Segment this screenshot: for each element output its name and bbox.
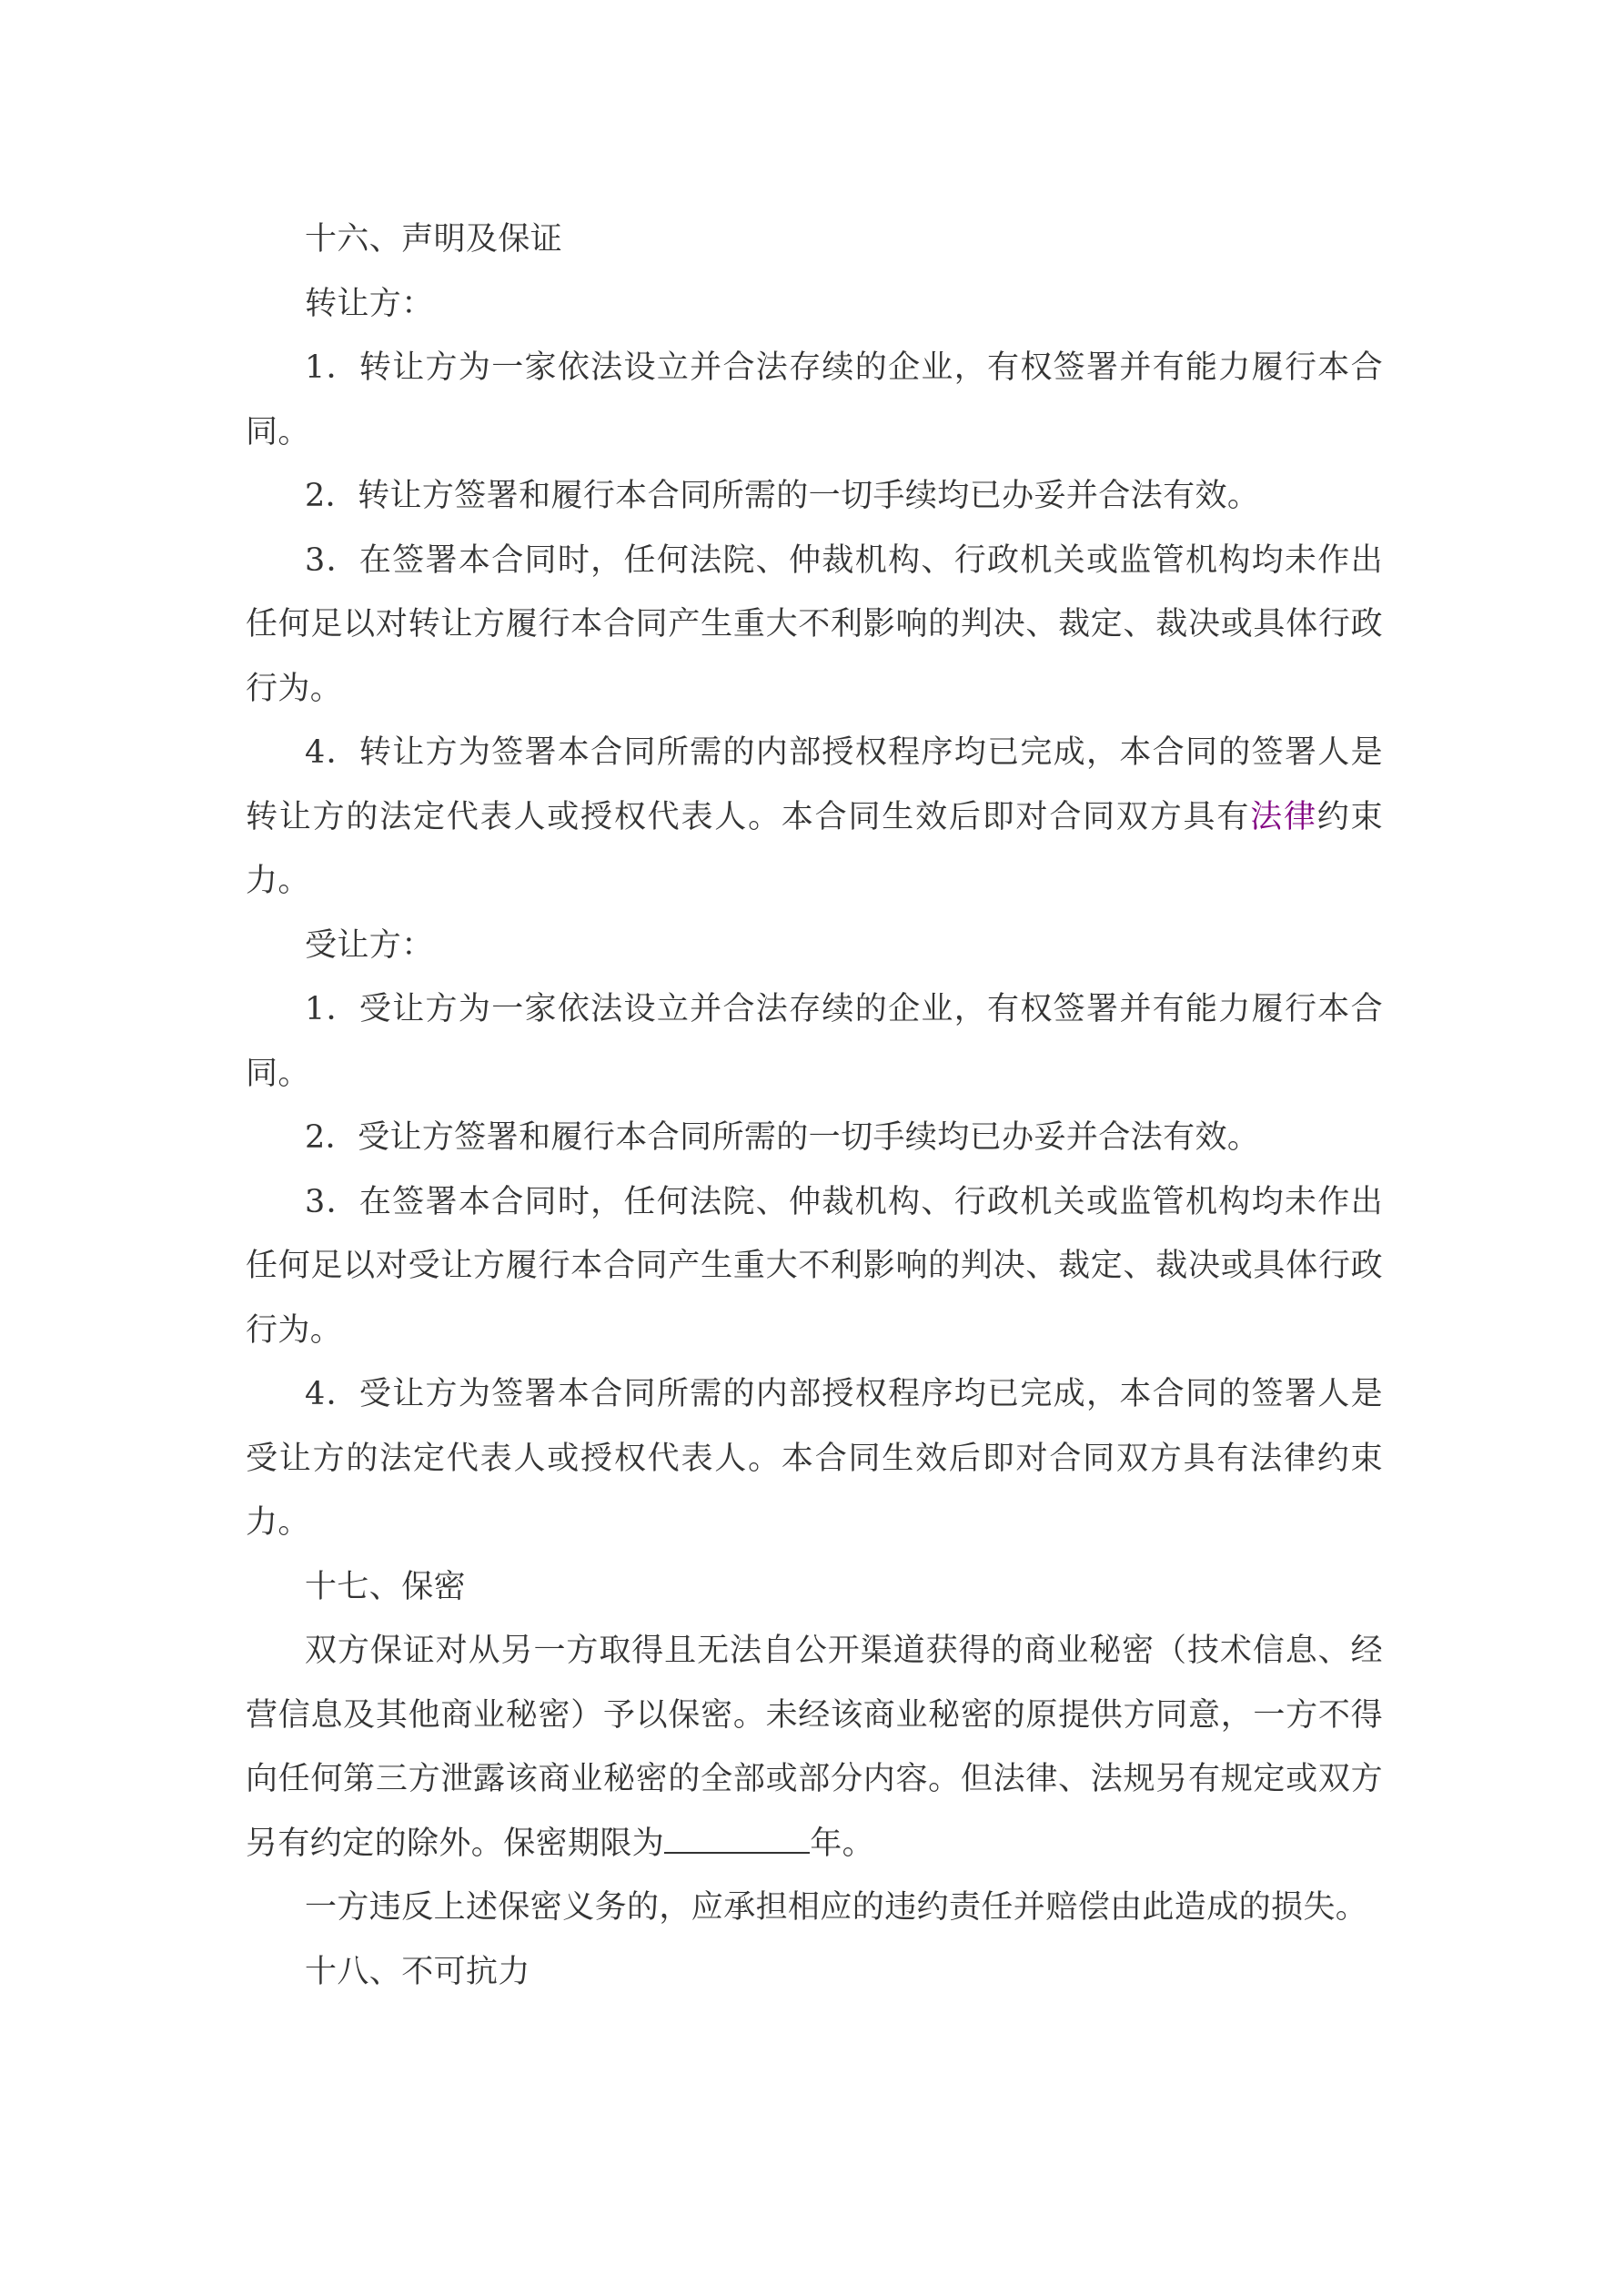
party-label-transferee: 受让方： xyxy=(246,914,1383,978)
section-heading-18: 十八、不可抗力 xyxy=(246,1940,1383,2005)
transferor-item-4-text: 4．转让方为签署本合同所需的内部授权程序均已完成，本合同的签署人是转让方的法定代… xyxy=(246,734,1383,835)
transferee-item-1: 1．受让方为一家依法设立并合法存续的企业，有权签署并有能力履行本合同。 xyxy=(246,977,1383,1106)
party-label-transferor: 转让方： xyxy=(246,272,1383,337)
transferor-item-1: 1．转让方为一家依法设立并合法存续的企业，有权签署并有能力履行本合同。 xyxy=(246,336,1383,464)
transferee-item-2: 2．受让方签署和履行本合同所需的一切手续均已办妥并合法有效。 xyxy=(246,1106,1383,1170)
transferor-item-2: 2．转让方签署和履行本合同所需的一切手续均已办妥并合法有效。 xyxy=(246,464,1383,529)
section-heading-16: 十六、声明及保证 xyxy=(246,207,1383,272)
transferor-item-4: 4．转让方为签署本合同所需的内部授权程序均已完成，本合同的签署人是转让方的法定代… xyxy=(246,721,1383,914)
confidentiality-period-blank xyxy=(664,1825,810,1854)
transferor-item-3: 3．在签署本合同时，任何法院、仲裁机构、行政机关或监管机构均未作出任何足以对转让… xyxy=(246,529,1383,722)
transferee-item-3: 3．在签署本合同时，任何法院、仲裁机构、行政机关或监管机构均未作出任何足以对受让… xyxy=(246,1170,1383,1363)
confidentiality-paragraph-2: 一方违反上述保密义务的，应承担相应的违约责任并赔偿由此造成的损失。 xyxy=(246,1876,1383,1940)
law-link[interactable]: 法律 xyxy=(1250,799,1317,835)
section-heading-17: 十七、保密 xyxy=(246,1555,1383,1620)
transferee-item-4: 4．受让方为签署本合同所需的内部授权程序均已完成，本合同的签署人是受让方的法定代… xyxy=(246,1362,1383,1555)
confidentiality-tail: 年。 xyxy=(810,1826,874,1862)
confidentiality-paragraph-1: 双方保证对从另一方取得且无法自公开渠道获得的商业秘密（技术信息、经营信息及其他商… xyxy=(246,1619,1383,1876)
document-page: 十六、声明及保证 转让方： 1．转让方为一家依法设立并合法存续的企业，有权签署并… xyxy=(246,207,1383,2004)
